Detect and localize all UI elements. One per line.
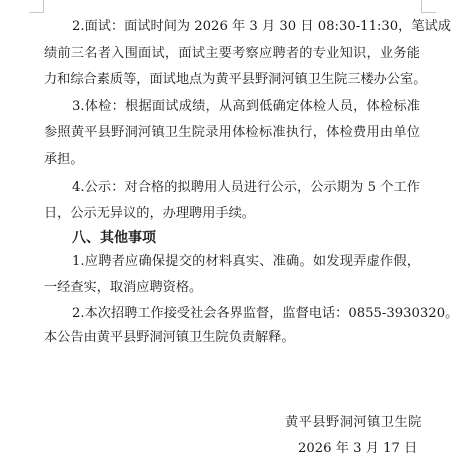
physical-exam-paragraph-line: 3.体检：根据面试成绩，从高到低确定体检人员，体检标准 — [72, 98, 420, 116]
interview-paragraph-line: 绩前三名者入围面试，面试主要考察应聘者的专业知识，业务能 — [44, 45, 420, 63]
interview-paragraph-line: 力和综合素质等，面试地点为黄平县野洞河镇卫生院三楼办公室。 — [44, 71, 420, 89]
materials-paragraph-line: 一经查实，取消应聘资格。 — [44, 279, 420, 297]
supervision-paragraph-line: 本公告由黄平县野洞河镇卫生院负责解释。 — [44, 329, 420, 347]
signature-date: 2026 年 3 月 17 日 — [298, 440, 417, 458]
publicity-paragraph-line: 日，公示无异议的，办理聘用手续。 — [44, 205, 420, 223]
supervision-paragraph-line: 2.本次招聘工作接受社会各界监督，监督电话：0855-3930320。 — [72, 305, 420, 323]
publicity-paragraph-line: 4.公示：对合格的拟聘用人员进行公示，公示期为 5 个工作 — [72, 179, 420, 197]
physical-exam-paragraph-line: 承担。 — [44, 151, 420, 169]
page-corner-mark-top-left — [29, 12, 44, 13]
physical-exam-paragraph-line: 参照黄平县野洞河镇卫生院录用体检标准执行，体检费用由单位 — [44, 124, 420, 142]
interview-paragraph-line: 2.面试：面试时间为 2026 年 3 月 30 日 08:30-11:30，笔… — [72, 18, 420, 36]
section-heading-other-matters: 八、其他事项 — [72, 229, 156, 247]
materials-paragraph-line: 1.应聘者应确保提交的材料真实、准确。如发现弄虚作假， — [72, 253, 420, 271]
page-corner-mark-top-right — [421, 12, 436, 13]
signature-organization: 黄平县野洞河镇卫生院 — [285, 414, 422, 432]
